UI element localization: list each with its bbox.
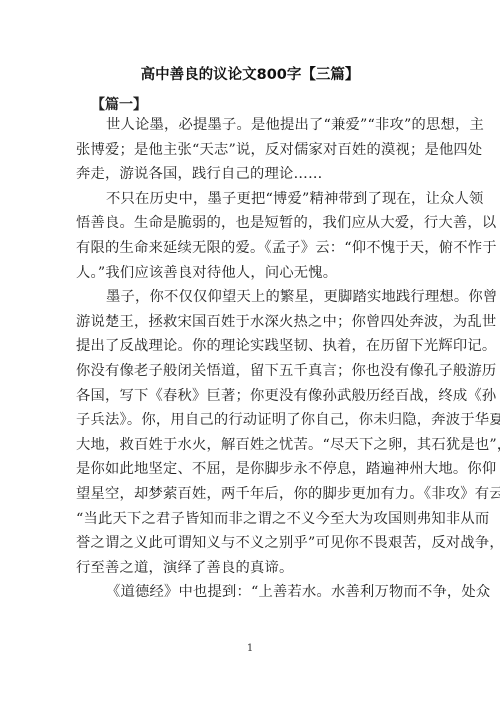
text-line: 有限的生命来延续无限的爱。《孟子》云：“仰不愧于天，俯不怍于 <box>76 236 424 261</box>
text-line: 大地，救百姓于水火，解百姓之忧苦。“尽天下之卵，其石犹是也”， <box>76 433 424 458</box>
text-line: 游说楚王，拯救宋国百姓于水深火热之中；你曾四处奔波，为乱世 <box>76 310 424 335</box>
text-line: 望星空，却梦萦百姓，两千年后，你的脚步更加有力。《非攻》有云： <box>76 482 424 507</box>
section-heading: 【篇一】 <box>91 94 147 114</box>
text-line: 各国，写下《春秋》巨著；你更没有像孙武般历经百战，终成《孙 <box>76 384 424 409</box>
page-number: 1 <box>0 643 500 654</box>
document-page: 高中善良的议论文800字【三篇】 【篇一】 世人论墨，必提墨子。是他提出了“兼爱… <box>0 0 500 708</box>
text-line: 子兵法》。你，用自己的行动证明了你自己，你未归隐，奔波于华夏 <box>76 408 424 433</box>
text-line: 张博爱；是他主张“天志”说，反对儒家对百姓的漠视；是他四处 <box>76 138 424 163</box>
text-line: 《道德经》中也提到：“上善若水。水善利万物而不争，处众 <box>76 580 424 605</box>
text-line: 世人论墨，必提墨子。是他提出了“兼爱”“非攻”的思想，主 <box>76 113 424 138</box>
text-line: 墨子，你不仅仅仰望天上的繁星，更脚踏实地践行理想。你曾 <box>76 285 424 310</box>
document-body: 世人论墨，必提墨子。是他提出了“兼爱”“非攻”的思想，主张博爱；是他主张“天志”… <box>76 113 424 605</box>
text-line: 奔走，游说各国，践行自己的理论…… <box>76 162 424 187</box>
text-line: 提出了反战理论。你的理论实践坚韧、执着，在历留下光辉印记。 <box>76 334 424 359</box>
document-title: 高中善良的议论文800字【三篇】 <box>0 63 500 84</box>
text-line: 人。”我们应该善良对待他人，问心无愧。 <box>76 261 424 286</box>
text-line: 悟善良。生命是脆弱的，也是短暂的，我们应从大爱，行大善，以 <box>76 211 424 236</box>
text-line: “当此天下之君子皆知而非之谓之不义今至大为攻国则弗知非从而 <box>76 507 424 532</box>
text-line: 行至善之道，演绎了善良的真谛。 <box>76 556 424 581</box>
text-line: 是你如此地坚定、不屈，是你脚步永不停息，踏遍神州大地。你仰 <box>76 457 424 482</box>
text-line: 誉之谓之义此可谓知义与不义之别乎”可见你不畏艰苦，反对战争， <box>76 531 424 556</box>
text-line: 你没有像老子般闭关悟道，留下五千真言；你也没有像孔子般游历 <box>76 359 424 384</box>
text-line: 不只在历史中，墨子更把“博爱”精神带到了现在，让众人领 <box>76 187 424 212</box>
